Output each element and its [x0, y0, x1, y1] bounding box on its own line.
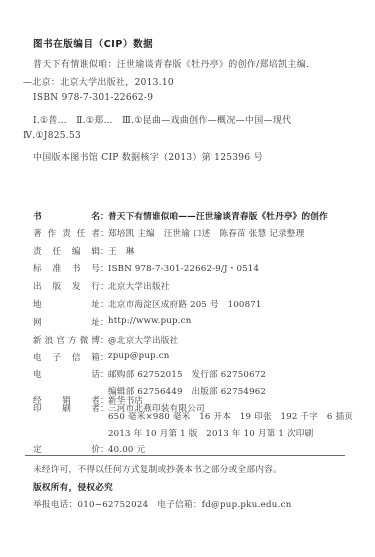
- label-char: 址: [91, 298, 100, 310]
- colophon-label: 经销者: [33, 394, 100, 406]
- cip-publisher-line: —北京：北京大学出版社，2013.10: [23, 75, 174, 88]
- colophon-row: 出版发行：北京大学出版社: [33, 280, 170, 292]
- colophon-label: 网址: [33, 316, 100, 328]
- label-char: 编: [72, 245, 81, 257]
- colophon-label: 定价: [33, 443, 100, 455]
- label-char: 者: [91, 394, 100, 406]
- label-char: 著: [33, 227, 42, 239]
- label-char: 责: [33, 245, 42, 257]
- colophon-label: 地址: [33, 298, 100, 310]
- label-char: 官: [56, 334, 65, 346]
- cip-isbn-line: ISBN 978-7-301-22662-9: [33, 93, 153, 103]
- colophon-row: 责任编辑：王 琳: [33, 245, 134, 257]
- colophon-label: 责任编辑: [33, 245, 100, 257]
- colophon-row: 网址：http://www.pup.cn: [33, 316, 191, 328]
- colophon-row: 电话：邮购部 62752015 发行部 62750672: [33, 368, 266, 380]
- label-char: 定: [33, 443, 42, 455]
- report-contact: 举报电话：010−62752024 电子信箱：fd@pup.pku.edu.cn: [33, 498, 292, 510]
- colophon-row: 新浪官方微博：@北京大学出版社: [33, 334, 178, 346]
- colophon-row: 2013 年 10 月第 1 版 2013 年 10 月第 1 次印刷: [33, 427, 313, 439]
- label-char: 准: [52, 262, 61, 274]
- colophon-value: 北京大学出版社: [108, 280, 170, 292]
- label-colon: ：: [100, 227, 108, 239]
- label-char: 发: [72, 280, 81, 292]
- colophon-row: 书名：普天下有情谁似咱——汪世瑜谈青春版《牡丹亭》的创作: [33, 210, 328, 222]
- colophon-value: zpup@pup.cn: [108, 351, 169, 363]
- colophon-label: 新浪官方微博: [33, 334, 100, 346]
- label-char: 经: [33, 394, 42, 406]
- colophon-row: 标准书号：ISBN 978-7-301-22662-9/J・0514: [33, 262, 259, 274]
- label-char: 名: [91, 210, 100, 222]
- label-char: 方: [68, 334, 77, 346]
- cip-classification-line: Ⅳ.①J825.53: [23, 131, 81, 141]
- colophon-label: 出版发行: [33, 280, 100, 292]
- label-colon: ：: [100, 210, 108, 222]
- label-char: 信: [72, 351, 81, 363]
- colophon-value: ISBN 978-7-301-22662-9/J・0514: [108, 262, 259, 274]
- label-char: 号: [91, 262, 100, 274]
- colophon-row: 经销者：新华书店: [33, 394, 143, 406]
- colophon-row: 650 毫米×980 毫米 16 开本 19 印张 192 千字 6 插页: [33, 410, 353, 422]
- colophon-row: 地址：北京市海淀区成府路 205 号 100871: [33, 298, 262, 310]
- colophon-value: 北京市海淀区成府路 205 号 100871: [108, 298, 262, 310]
- label-char: 箱: [91, 351, 100, 363]
- colophon-label: 电话: [33, 368, 100, 380]
- label-char: 者: [91, 227, 100, 239]
- colophon-value: 2013 年 10 月第 1 版 2013 年 10 月第 1 次印刷: [108, 427, 313, 439]
- label-char: 话: [91, 368, 100, 380]
- cip-title: 图书在版编目（CIP）数据: [33, 36, 153, 50]
- colophon-row: 著作责任者：郑培凯 主编 汪世瑜 口述 陈春苗 张慧 记录整理: [33, 227, 304, 239]
- label-char: 书: [72, 262, 81, 274]
- label-colon: ：: [100, 298, 108, 310]
- label-char: 责: [62, 227, 71, 239]
- label-colon: [100, 410, 108, 422]
- colophon-value: 普天下有情谁似咱——汪世瑜谈青春版《牡丹亭》的创作: [108, 210, 328, 222]
- colophon-label: 著作责任者: [33, 227, 100, 239]
- label-char: 电: [33, 351, 42, 363]
- cip-book-title-line: 普天下有情谁似咱：汪世瑜谈青春版《牡丹亭》的创作/郑培凯主编．: [33, 57, 315, 70]
- label-colon: ：: [100, 262, 108, 274]
- rights-reserved: 版权所有，侵权必究: [33, 481, 113, 493]
- colophon-row: 定价：40.00 元: [33, 443, 145, 455]
- colophon-label: [33, 427, 100, 439]
- colophon-value: 40.00 元: [108, 443, 145, 455]
- colophon-label: [33, 410, 100, 422]
- colophon-value: 郑培凯 主编 汪世瑜 口述 陈春苗 张慧 记录整理: [108, 227, 304, 239]
- colophon-label: 标准书号: [33, 262, 100, 274]
- label-char: 微: [80, 334, 89, 346]
- label-char: 址: [91, 316, 100, 328]
- cip-record-number-line: 中国版本图书馆 CIP 数据核字（2013）第 125396 号: [33, 150, 263, 163]
- label-char: 版: [52, 280, 61, 292]
- label-char: 销: [62, 394, 71, 406]
- label-char: 任: [77, 227, 86, 239]
- label-colon: ：: [100, 316, 108, 328]
- label-colon: ：: [100, 245, 108, 257]
- label-colon: ：: [100, 280, 108, 292]
- label-char: 新: [33, 334, 42, 346]
- label-colon: ：: [100, 443, 108, 455]
- colophon-value: 王 琳: [108, 245, 134, 257]
- colophon-label: 书名: [33, 210, 100, 222]
- label-char: 博: [91, 334, 100, 346]
- label-char: 任: [52, 245, 61, 257]
- label-char: 行: [91, 280, 100, 292]
- label-char: 辑: [91, 245, 100, 257]
- label-char: 地: [33, 298, 42, 310]
- colophon-row: 电子信箱：zpup@pup.cn: [33, 351, 169, 363]
- colophon-value: 邮购部 62752015 发行部 62750672: [108, 368, 266, 380]
- label-colon: ：: [100, 394, 108, 406]
- label-char: 浪: [45, 334, 54, 346]
- colophon-value: 新华书店: [108, 394, 143, 406]
- label-colon: ：: [100, 334, 108, 346]
- label-char: 网: [33, 316, 42, 328]
- label-char: 作: [48, 227, 57, 239]
- colophon-label: 电子信箱: [33, 351, 100, 363]
- label-char: 出: [33, 280, 42, 292]
- label-colon: [100, 427, 108, 439]
- label-char: 电: [33, 368, 42, 380]
- colophon-value: http://www.pup.cn: [108, 316, 191, 328]
- colophon-value: 650 毫米×980 毫米 16 开本 19 印张 192 千字 6 插页: [108, 410, 353, 422]
- label-colon: ：: [100, 368, 108, 380]
- label-colon: ：: [100, 351, 108, 363]
- label-char: 价: [91, 443, 100, 455]
- copyright-notice: 未经许可，不得以任何方式复制或抄袭本书之部分或全部内容。: [33, 463, 282, 475]
- cip-subject-line: Ⅰ.①普… Ⅱ.①郑… Ⅲ.①昆曲—戏曲创作—概况—中国—现代: [33, 113, 291, 126]
- label-char: 书: [33, 210, 42, 222]
- divider: [25, 455, 345, 456]
- colophon-value: @北京大学出版社: [108, 334, 178, 346]
- label-char: 子: [52, 351, 61, 363]
- label-char: 标: [33, 262, 42, 274]
